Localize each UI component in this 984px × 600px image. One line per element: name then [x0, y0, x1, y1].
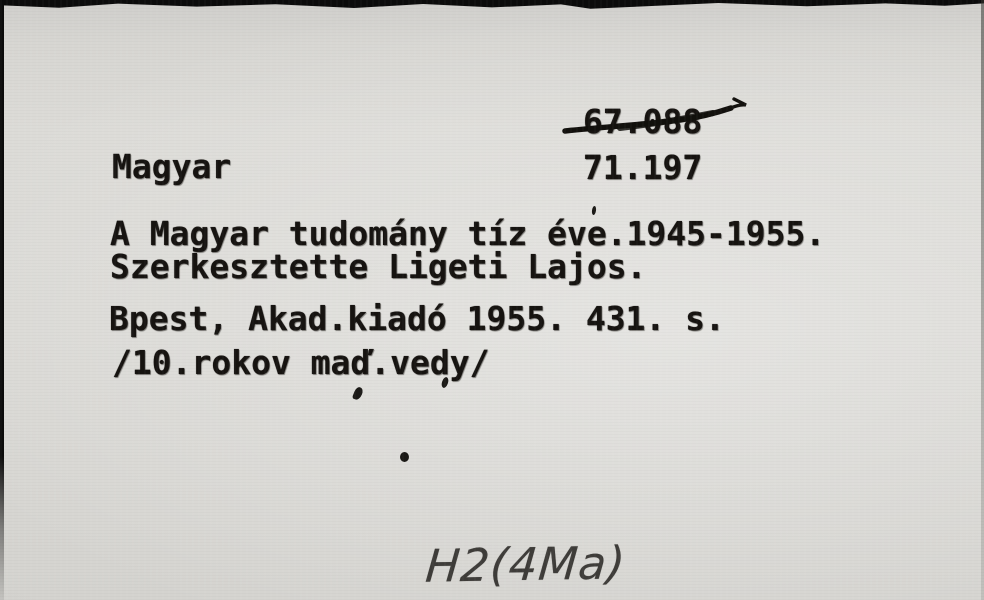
- card-annotation: /10.rokov maď.vedy/: [112, 346, 490, 379]
- ink-speck-dot: [400, 452, 409, 462]
- ink-speck-comma: [352, 386, 364, 401]
- card-title: A Magyar tudomány tíz éve.1945-1955.: [110, 217, 825, 250]
- scan-edge-top: [0, 0, 984, 10]
- card-editor-line: Szerkesztette Ligeti Lajos.: [110, 250, 646, 283]
- handwritten-shelfmark: H2(4Ma): [424, 540, 628, 588]
- catalog-card: Magyar 67.088 71.197 A Magyar tudomány t…: [0, 0, 984, 600]
- new-call-number: 71.197: [583, 151, 702, 184]
- card-heading: Magyar: [112, 150, 231, 183]
- scan-edge-left: [0, 0, 4, 600]
- card-imprint: Bpest, Akad.kiadó 1955. 431. s.: [109, 302, 725, 335]
- strikethrough-mark: [562, 96, 754, 146]
